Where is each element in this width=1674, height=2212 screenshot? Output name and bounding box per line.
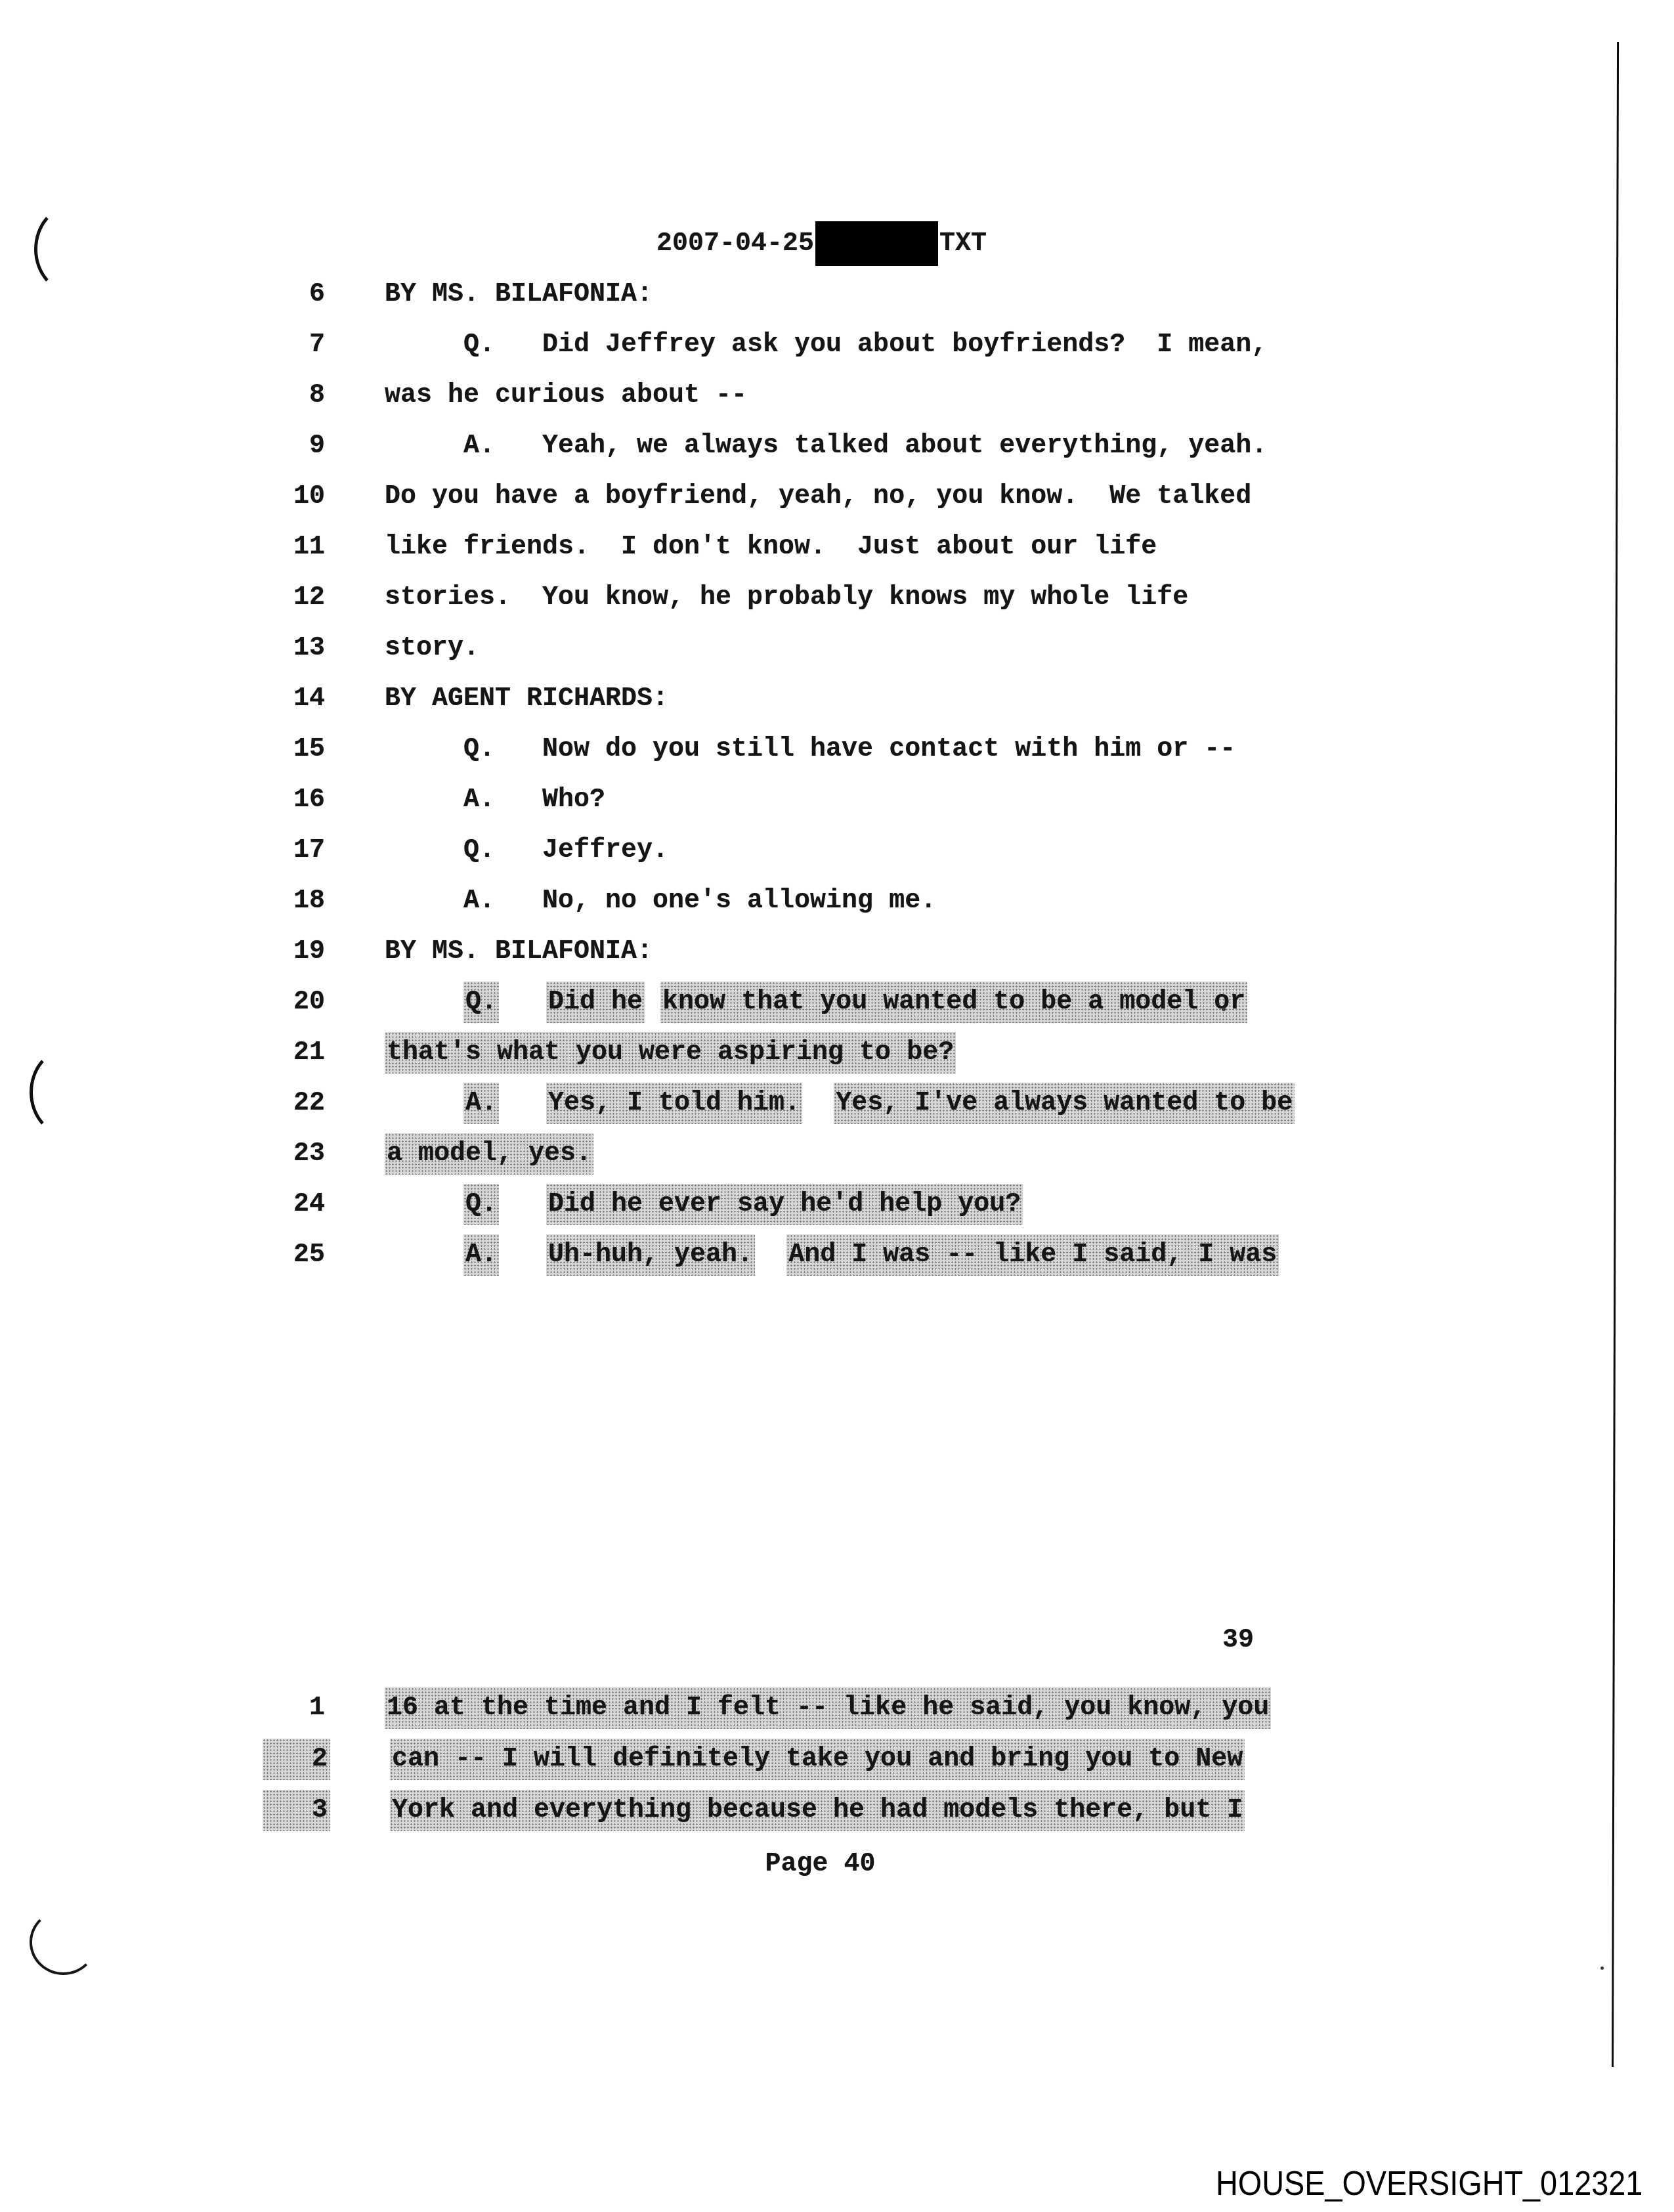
redaction-box bbox=[815, 221, 938, 266]
line-text: BY MS. BILAFONIA: bbox=[385, 280, 653, 309]
text-segment: story. bbox=[385, 634, 479, 663]
transcript-line: 14BY AGENT RICHARDS: bbox=[263, 674, 1295, 724]
line-number: 10 bbox=[263, 482, 325, 511]
line-text: A. Yeah, we always talked about everythi… bbox=[385, 431, 1267, 461]
transcript-line: 22 A. Yes, I told him. Yes, I've always … bbox=[263, 1078, 1295, 1129]
line-number: 24 bbox=[263, 1190, 325, 1219]
text-segment: like friends. I don't know. Just about o… bbox=[385, 532, 1157, 562]
text-segment: Q. Now do you still have contact with hi… bbox=[385, 735, 1235, 764]
text-segment bbox=[499, 987, 546, 1017]
line-number: 15 bbox=[263, 735, 325, 764]
page-footer-label: Page 40 bbox=[385, 1838, 1256, 1890]
text-segment bbox=[385, 987, 463, 1017]
scan-curl-artifact-top bbox=[34, 205, 110, 293]
line-number: 6 bbox=[263, 280, 325, 309]
transcript-line: 19BY MS. BILAFONIA: bbox=[263, 926, 1295, 977]
text-segment: A. No, no one's allowing me. bbox=[385, 886, 936, 916]
line-text: A. Who? bbox=[385, 785, 605, 815]
line-text: a model, yes. bbox=[385, 1139, 593, 1169]
highlighted-text: know that you wanted to be a model or bbox=[660, 982, 1247, 1023]
text-segment: BY AGENT RICHARDS: bbox=[385, 684, 668, 714]
transcript-line: 9 A. Yeah, we always talked about everyt… bbox=[263, 421, 1295, 471]
line-number: 2 bbox=[263, 1739, 330, 1780]
text-segment bbox=[645, 987, 660, 1017]
transcript-line: 15 Q. Now do you still have contact with… bbox=[263, 724, 1295, 775]
highlighted-text: York and everything because he had model… bbox=[390, 1790, 1245, 1831]
transcript-line: 116 at the time and I felt -- like he sa… bbox=[263, 1682, 1271, 1733]
line-number: 8 bbox=[263, 381, 325, 410]
line-text: like friends. I don't know. Just about o… bbox=[385, 532, 1157, 562]
header-date: 2007-04-25 bbox=[656, 229, 814, 259]
line-number: 16 bbox=[263, 785, 325, 815]
text-segment: Q. Did Jeffrey ask you about boyfriends?… bbox=[385, 330, 1267, 360]
line-text: stories. You know, he probably knows my … bbox=[385, 583, 1188, 613]
line-text: A. No, no one's allowing me. bbox=[385, 886, 936, 916]
line-text: can -- I will definitely take you and br… bbox=[390, 1745, 1245, 1774]
text-segment bbox=[385, 1240, 463, 1270]
scan-vertical-line-artifact bbox=[1612, 42, 1619, 2067]
transcript-line: 6BY MS. BILAFONIA: bbox=[263, 269, 1295, 320]
highlighted-text: Yes, I've always wanted to be bbox=[834, 1083, 1295, 1124]
line-number: 20 bbox=[263, 987, 325, 1017]
page-footer-text: Page 40 bbox=[765, 1850, 875, 1879]
transcript-line: 10Do you have a boyfriend, yeah, no, you… bbox=[263, 471, 1295, 522]
transcript-line: 12stories. You know, he probably knows m… bbox=[263, 573, 1295, 623]
text-segment: BY MS. BILAFONIA: bbox=[385, 937, 653, 966]
text-segment: A. Yeah, we always talked about everythi… bbox=[385, 431, 1267, 461]
transcript-block-page-40: 116 at the time and I felt -- like he sa… bbox=[263, 1682, 1271, 1836]
scan-curl-artifact-middle bbox=[30, 1048, 105, 1137]
line-number: 11 bbox=[263, 532, 325, 562]
line-text: BY AGENT RICHARDS: bbox=[385, 684, 668, 714]
highlighted-text: And I was -- like I said, I was bbox=[786, 1234, 1279, 1276]
line-number: 22 bbox=[263, 1089, 325, 1118]
line-text: Q. Now do you still have contact with hi… bbox=[385, 735, 1235, 764]
highlighted-text: a model, yes. bbox=[385, 1133, 593, 1175]
line-text: Q. Jeffrey. bbox=[385, 836, 668, 865]
transcript-line: 17 Q. Jeffrey. bbox=[263, 825, 1295, 876]
line-number: 7 bbox=[263, 330, 325, 360]
highlighted-text: Did he ever say he'd help you? bbox=[546, 1184, 1023, 1225]
scan-dot-artifact bbox=[1222, 1007, 1226, 1011]
text-segment bbox=[499, 1190, 546, 1219]
line-text: that's what you were aspiring to be? bbox=[385, 1038, 956, 1068]
document-header: 2007-04-25 TXT bbox=[656, 221, 987, 266]
highlighted-text: Yes, I told him. bbox=[546, 1083, 802, 1124]
text-segment: Do you have a boyfriend, yeah, no, you k… bbox=[385, 482, 1251, 511]
transcript-line: 7 Q. Did Jeffrey ask you about boyfriend… bbox=[263, 320, 1295, 370]
line-text: was he curious about -- bbox=[385, 381, 747, 410]
text-segment: BY MS. BILAFONIA: bbox=[385, 280, 653, 309]
line-number: 14 bbox=[263, 684, 325, 714]
highlighted-text: A. bbox=[463, 1083, 499, 1124]
line-text: 16 at the time and I felt -- like he sai… bbox=[385, 1693, 1271, 1723]
transcript-line: 25 A. Uh-huh, yeah. And I was -- like I … bbox=[263, 1230, 1295, 1280]
line-text: BY MS. BILAFONIA: bbox=[385, 937, 653, 966]
transcript-line: 8was he curious about -- bbox=[263, 370, 1295, 421]
text-segment bbox=[499, 1240, 546, 1270]
line-number: 17 bbox=[263, 836, 325, 865]
scan-dot-artifact bbox=[1600, 1966, 1604, 1970]
transcript-line: 16 A. Who? bbox=[263, 775, 1295, 825]
line-number: 25 bbox=[263, 1240, 325, 1270]
transcript-line: 2can -- I will definitely take you and b… bbox=[263, 1733, 1271, 1785]
line-number: 18 bbox=[263, 886, 325, 916]
line-number: 9 bbox=[263, 431, 325, 461]
text-segment: Q. Jeffrey. bbox=[385, 836, 668, 865]
text-segment: A. Who? bbox=[385, 785, 605, 815]
line-number: 12 bbox=[263, 583, 325, 613]
highlighted-text: Q. bbox=[463, 1184, 499, 1225]
line-text: Q. Did he know that you wanted to be a m… bbox=[385, 987, 1247, 1017]
line-text: Do you have a boyfriend, yeah, no, you k… bbox=[385, 482, 1251, 511]
text-segment bbox=[802, 1089, 834, 1118]
highlighted-text: Uh-huh, yeah. bbox=[546, 1234, 755, 1276]
line-text: York and everything because he had model… bbox=[390, 1796, 1245, 1825]
transcript-line: 21that's what you were aspiring to be? bbox=[263, 1028, 1295, 1078]
line-number: 19 bbox=[263, 937, 325, 966]
highlighted-text: that's what you were aspiring to be? bbox=[385, 1032, 956, 1073]
highlighted-text: Q. bbox=[463, 982, 499, 1023]
line-text: Q. Did Jeffrey ask you about boyfriends?… bbox=[385, 330, 1267, 360]
scan-curl-artifact-bottom bbox=[30, 1909, 97, 1975]
line-text: Q. Did he ever say he'd help you? bbox=[385, 1190, 1023, 1219]
highlighted-text: can -- I will definitely take you and br… bbox=[390, 1739, 1245, 1780]
line-text: A. Uh-huh, yeah. And I was -- like I sai… bbox=[385, 1240, 1279, 1270]
transcript-line: 23a model, yes. bbox=[263, 1129, 1295, 1179]
transcript-line: 3York and everything because he had mode… bbox=[263, 1785, 1271, 1836]
transcript-line: 24 Q. Did he ever say he'd help you? bbox=[263, 1179, 1295, 1230]
highlighted-text: 16 at the time and I felt -- like he sai… bbox=[385, 1687, 1271, 1729]
line-text: A. Yes, I told him. Yes, I've always wan… bbox=[385, 1089, 1295, 1118]
header-suffix: TXT bbox=[939, 229, 987, 259]
bates-number: HOUSE_OVERSIGHT_012321 bbox=[1216, 2164, 1642, 2203]
line-number: 13 bbox=[263, 634, 325, 663]
line-number: 1 bbox=[263, 1693, 325, 1723]
transcript-line: 13story. bbox=[263, 623, 1295, 674]
text-segment bbox=[499, 1089, 546, 1118]
text-segment: stories. You know, he probably knows my … bbox=[385, 583, 1188, 613]
text-segment bbox=[385, 1190, 463, 1219]
text-segment bbox=[385, 1089, 463, 1118]
highlighted-text: Did he bbox=[546, 982, 645, 1023]
line-text: story. bbox=[385, 634, 479, 663]
transcript-line: 18 A. No, no one's allowing me. bbox=[263, 876, 1295, 926]
text-segment bbox=[755, 1240, 786, 1270]
scanned-transcript-page: 2007-04-25 TXT 6BY MS. BILAFONIA:7 Q. Di… bbox=[0, 0, 1674, 2212]
transcript-block-page-39: 6BY MS. BILAFONIA:7 Q. Did Jeffrey ask y… bbox=[263, 269, 1295, 1280]
highlighted-text: A. bbox=[463, 1234, 499, 1276]
transcript-line: 11like friends. I don't know. Just about… bbox=[263, 522, 1295, 573]
transcript-line: 20 Q. Did he know that you wanted to be … bbox=[263, 977, 1295, 1028]
page-number-39: 39 bbox=[1222, 1615, 1254, 1666]
page-number-text: 39 bbox=[1222, 1626, 1254, 1655]
text-segment: was he curious about -- bbox=[385, 381, 747, 410]
line-number: 23 bbox=[263, 1139, 325, 1169]
line-number: 21 bbox=[263, 1038, 325, 1068]
line-number: 3 bbox=[263, 1790, 330, 1831]
